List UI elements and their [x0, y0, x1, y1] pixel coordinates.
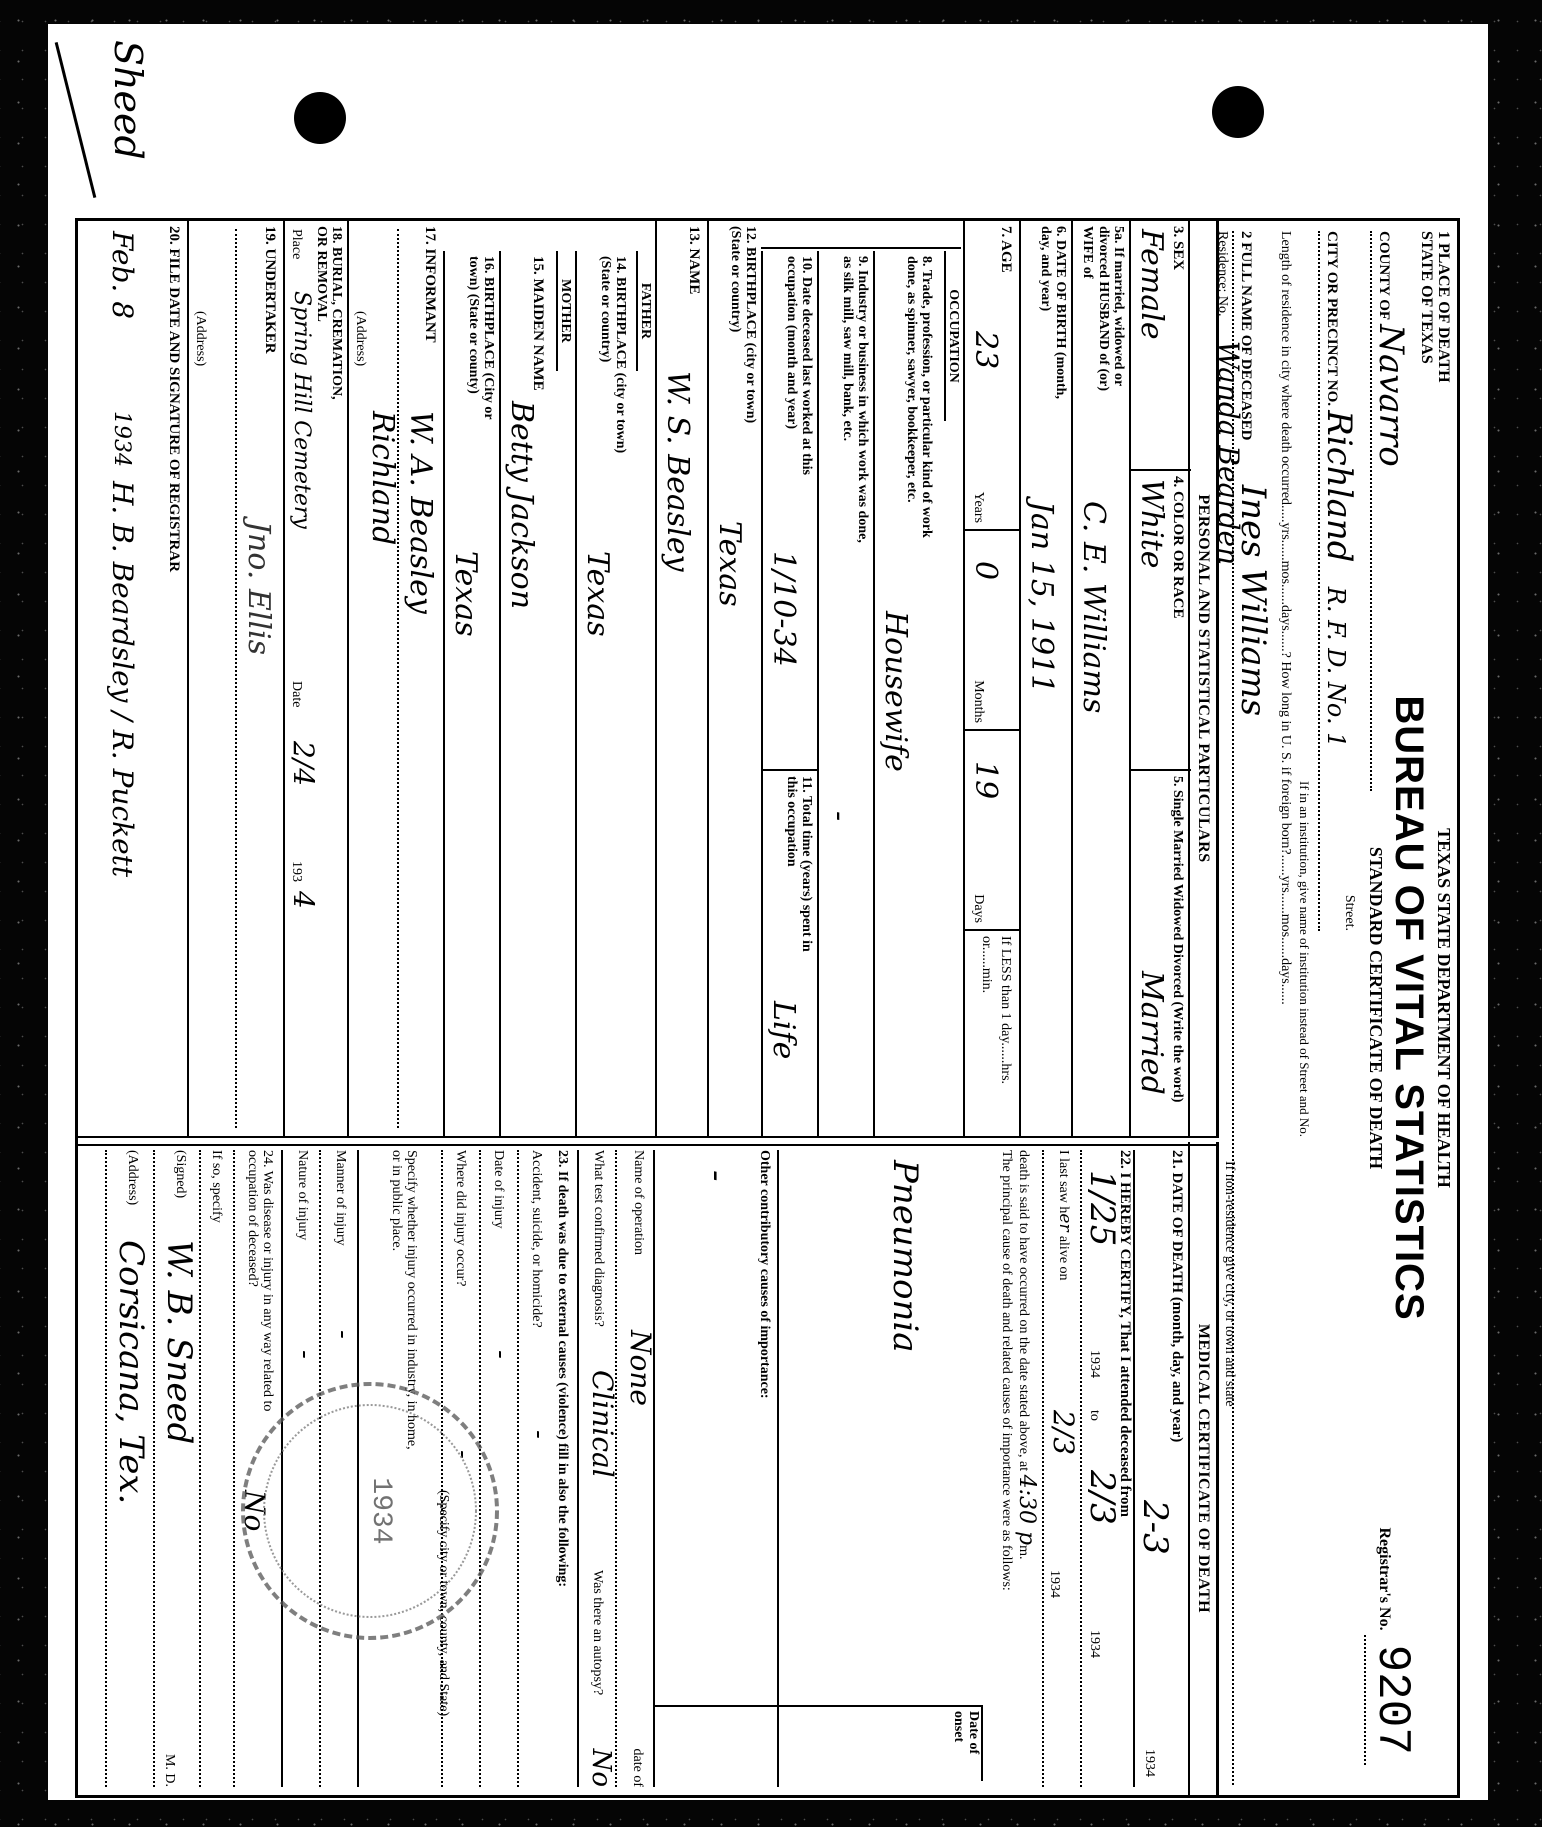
cause-of-death-field: Pneumonia — [777, 1150, 929, 1787]
dob-field: 6. DATE OF BIRTH (month, day, and year) … — [1019, 221, 1071, 1136]
birthplace-field: 12. BIRTHPLACE (city or town) (State or … — [707, 221, 761, 1136]
burial-field: 18. BURIAL, CREMATION, OR REMOVAL Place … — [283, 221, 347, 1136]
occupation-tag: OCCUPATION — [944, 251, 961, 421]
physician-address-field: (Address) Corsicana, Tex. — [105, 1150, 143, 1787]
father-birthplace-field: 14. BIRTHPLACE (city or town) (State or … — [575, 251, 631, 1136]
marital-field: 5. Single Married Widowed Divorced (Writ… — [1129, 771, 1191, 1136]
county-field: COUNTY OF Navarro — [1370, 231, 1409, 791]
informant-field: 17. INFORMANT W. A. Beasley Richland (Ad… — [347, 221, 443, 1136]
punch-hole-left — [294, 92, 346, 144]
father-tag: FATHER — [636, 251, 653, 371]
registrar-number-value: 9207 — [1364, 1635, 1418, 1765]
punch-hole-right — [1212, 86, 1264, 138]
institution-note: If in an institution, give name of insti… — [1297, 781, 1311, 1137]
father-name-field: 13. NAME W. S. Beasley — [655, 221, 707, 1136]
if-so-specify-field: If so, specify — [199, 1150, 227, 1787]
medical-certificate: MEDICAL CERTIFICATE OF DEATH 21. DATE OF… — [78, 1142, 1219, 1795]
attendance-certification: 22. I HEREBY CERTIFY, That I attended de… — [933, 1150, 1133, 1787]
mother-maiden-field: 15. MAIDEN NAME Betty Jackson — [499, 251, 551, 1136]
personal-particulars: PERSONAL AND STATISTICAL PARTICULARS 3. … — [78, 221, 1219, 1136]
physician-signature-field: (Signed) W. B. Sneed M. D. — [153, 1150, 191, 1787]
death-certificate: 1 PLACE OF DEATH STATE OF TEXAS TEXAS ST… — [75, 218, 1460, 1798]
city-field: CITY OR PRECINCT NO. Richland R. F. D. N… — [1318, 231, 1357, 931]
certificate-header: 1 PLACE OF DEATH STATE OF TEXAS TEXAS ST… — [1267, 221, 1457, 1795]
undertaker-field: 19. UNDERTAKER Jno. Ellis (Address) — [187, 221, 283, 1136]
less-than-day-field: If LESS than 1 day......hrs. or......min… — [963, 931, 1019, 1136]
trade-field: 8. Trade, profession, or particular kind… — [873, 251, 937, 1136]
certificate-rotated: 1 PLACE OF DEATH STATE OF TEXAS TEXAS ST… — [75, 218, 1460, 1798]
spouse-field: 5a. If married, widowed or divorced HUSB… — [1071, 221, 1129, 1136]
registrar-seal: 1934 — [241, 1382, 499, 1640]
operation-field: Name of operation None date of — [615, 1150, 649, 1787]
margin-note: Sheed — [26, 40, 70, 160]
mother-birthplace-field: 16. BIRTHPLACE (City or town) (State or … — [443, 251, 499, 1136]
registrar-field: 20. FILE DATE AND SIGNATURE OF REGISTRAR… — [77, 221, 187, 1136]
accident-field: Accident, suicide, or homicide? - — [517, 1150, 547, 1787]
industry-field: 9. Industry or business in which work wa… — [817, 251, 873, 1136]
age-years-field: 7. AGE 23 Years — [963, 221, 1019, 531]
contributory-field: Other contributory causes of importance:… — [653, 1150, 775, 1787]
residence-length: Length of residence in city where death … — [1278, 231, 1293, 1005]
age-months-field: 0 Months — [963, 531, 1019, 731]
last-worked-field: 10. Date deceased last worked at this oc… — [761, 251, 817, 771]
registrar-number: Registrar's No. 9207 — [1366, 1527, 1417, 1765]
age-days-field: 19 Days — [963, 731, 1019, 931]
date-of-death-field: 21. DATE OF DEATH (month, day, and year)… — [1133, 1150, 1187, 1787]
personal-section-title: PERSONAL AND STATISTICAL PARTICULARS — [1188, 221, 1219, 1136]
color-field: 4. COLOR OR RACE White — [1129, 471, 1191, 771]
sex-field: 3. SEX Female — [1129, 221, 1191, 471]
mother-tag: MOTHER — [556, 251, 573, 371]
department-title: TEXAS STATE DEPARTMENT OF HEALTH — [1433, 221, 1453, 1795]
external-causes-label: 23. If death was due to external causes … — [554, 1150, 573, 1787]
total-time-field: 11. Total time (years) spent in this occ… — [761, 771, 817, 1136]
medical-section-title: MEDICAL CERTIFICATE OF DEATH — [1188, 1142, 1219, 1795]
test-field: What test confirmed diagnosis? Clinical … — [577, 1150, 609, 1787]
